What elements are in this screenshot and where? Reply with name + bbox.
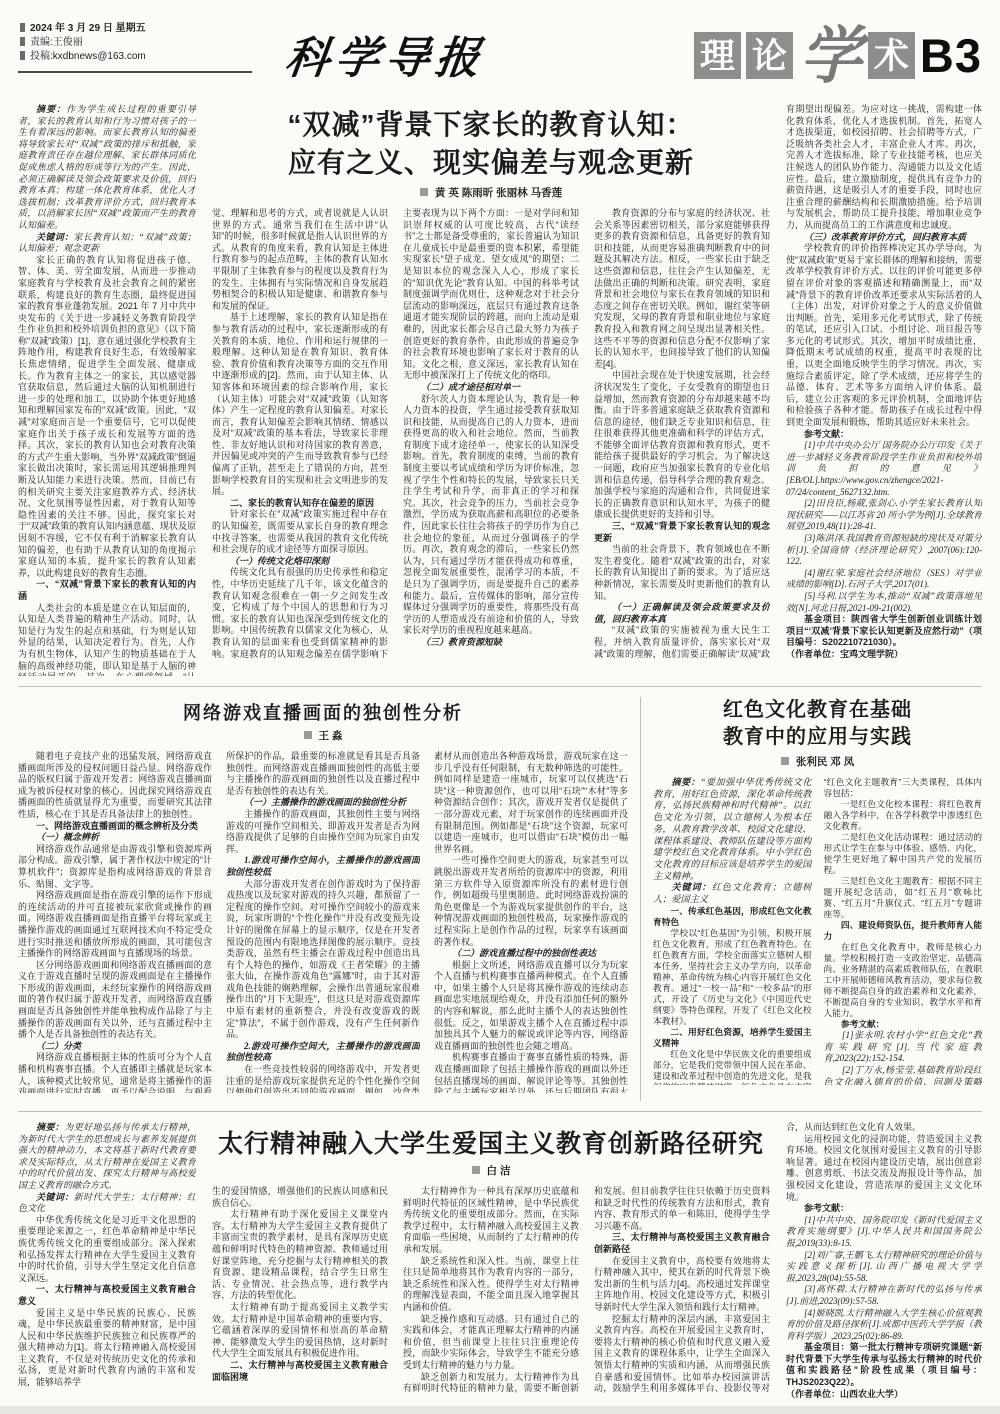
reference-item: [1]中共中央、国务院印发《新时代爱国主义教育实施纲要》[J].中华人民共和国国… [786,1215,982,1250]
reference-item: [3]陈洪泽.我国教育资源短缺的现状及对策分析[J].全国商情（经济理论研究）,… [786,533,982,568]
paragraph: 摘要：作为学生成长过程的重要引导者，家长的教育认知和行为习惯对孩子的一生有着深远… [18,104,196,232]
article2-column-1: 随着电子竞技产业的迅猛发展，网络游戏直播画面所涉及的侵权问题日益凸显。网络游戏作… [18,751,212,1093]
paragraph: 二是红色文化活动课程：通过活动的形式让学生在参与中体验、感悟、内化，使学生更好地… [824,832,983,876]
paragraph: 关键词：新时代大学生；太行精神；红色文化 [18,1192,196,1215]
article2-column-2: 所保护的作品，最重要的标准就是看其是否具备独创性。而网络游戏直播画面独创性的高低… [226,751,420,1093]
author-affiliation: （作者单位：宝鸡文理学院） [786,649,982,661]
article1-center-columns: 觉、理解和思考的方式，或者说就是人认识世界的方式。通常当我们在生活中讲“认知”的… [212,208,770,662]
paragraph: 四、建设师资队伍，提升教师育人能力 [824,920,983,942]
byline-square-icon [420,188,428,196]
article1-center-block: “双减”背景下家长的教育认知：应有之义、现实偏差与观念更新 黄 英 陈雨昕 张丽… [212,104,770,676]
paragraph: 三是红色文化主题教育：根据不同主题开展纪念活动，如“红五月”歌咏比赛、“红五月”… [824,876,983,920]
paragraph: 随着电子竞技产业的迅猛发展，网络游戏直播画面所涉及的侵权问题日益凸显。网络游戏作… [18,751,212,821]
paragraph: 基金项目：陕西省大学生创新创业训练计划项目“‘双减’背景下家长认知更新及应然行动… [786,614,982,649]
paragraph: 在一些竞技性较弱的网络游戏中，开发者更注重的是给游戏玩家提供充足的个性化操作空间… [226,1064,420,1093]
paragraph: （一）主播操作的游戏画面的独创性分析 [226,797,420,809]
reference-item: [4]谢红荣.家庭社会经济地位（SES）对学业成绩的影响[D].石河子大学,20… [786,568,982,591]
paragraph: 大部分游戏开发者在创作游戏时为了保持游戏热度以及玩家对游戏的持久兴趣，都预留了一… [226,879,420,1041]
reference-item: [2]丁万永,杨莹莹.基础教育阶段红色文化融入德育的价值、问题及策略[J].教书… [824,1065,983,1085]
submission-email: 投稿:kxdbnews@163.com [20,50,252,64]
paragraph: 二、太行精神与高校爱国主义教育融合面临困境 [212,1360,388,1383]
article3-title: 红色文化教育在基础教育中的应用与实践 [653,697,982,751]
byline-square-icon [304,731,312,739]
paragraph: “红色文化主题教育”三大类课程，具体内容包括： [824,777,983,799]
section-divider [18,686,982,687]
reference-item: [2]刘广睿,王鹏飞.太行精神研究的理论价值与实践意义探析[J].山西广播电视大… [786,1250,982,1285]
paragraph: 在爱国主义教育中，高校要有效地将太行精神融入其中，使其在新的时代背景下焕发出新的… [594,1256,770,1314]
byline-square-icon [781,757,789,765]
paragraph: 摘要：为更好地弘扬与传承太行精神，为新时代大学生的思想成长与素养发展提供强大的精… [18,1122,196,1192]
article-taihang-spirit: 摘要：为更好地弘扬与传承太行精神，为新时代大学生的思想成长与素养发展提供强大的精… [18,1122,982,1404]
article2-author: 王 淼 [319,730,343,742]
paragraph: 一、太行精神与高校爱国主义教育融合意义 [18,1284,196,1307]
paragraph: 1.游戏可操作空间小，主播操作的游戏画面独创性较低 [226,855,420,878]
paragraph: 主播操作的游戏画面，其独创性主要与网络游戏的可操作空间相关、即游戏开发者是否为网… [226,809,420,855]
paragraph: 一是红色文化校本课程：将红色教育融入各学科中，在各学科教学中渗透红色文化教育。 [824,799,983,832]
newspaper-logo: 科学导报 [282,22,490,86]
paragraph: 太行精神有助于深化爱国主义课堂内容。太行精神为大学生爱国主义教育提供了丰富而宝贵… [212,1209,388,1302]
paragraph: 一、传承红色基因，形成红色文化教育特色 [653,906,812,928]
section-char-calligraphy: 学 [800,32,862,79]
paragraph: 中国社会现在处于快速发展期，社会经济状况发生了变化，子女受教育的期望也日益增加，… [594,370,770,521]
article-red-culture: 红色文化教育在基础教育中的应用与实践 张利民 邓 凤 摘要：“要加强中华优秀传统… [641,697,982,1101]
masthead-info: 2024 年 3 月 29 日 星期五 责编:王俊丽 投稿:kxdbnews@1… [18,14,252,73]
article3-columns: 摘要：“要加强中华优秀传统文化教育，用好红色资源，深化革命传统教育，弘扬民族精神… [653,777,982,1085]
paragraph: 摘要：“要加强中华优秀传统文化教育，用好红色资源，深化革命传统教育，弘扬民族精神… [653,777,812,882]
reference-item: [3]高怀碧.太行精神在新时代的弘扬与传承[J].前进,2023(09):57-… [786,1284,982,1307]
paragraph: 太行精神作为一种具有深厚历史底蕴和鲜明时代特征的区域性精神，是中华民族优秀传统文… [403,1186,579,1256]
page-number: B3 [920,28,982,83]
paragraph: 二、用好红色资源，培养学生爱国主义精神 [653,1027,812,1049]
article4-right-column: 合，从而达到红色文化育人效果。运用校园文化的浸润功能，营造爱国主义教育环境。校园… [786,1122,982,1404]
paragraph: 人类社会的本质是建立在认知层面的，认知是人类普遍的精神生产活动。同时，认知是行为… [18,603,196,676]
article4-center-columns: 生的爱国情感，增强他们的民族认同感和民族自信心。太行精神有助于深化爱国主义课堂内… [212,1186,770,1398]
paragraph: 家长正确的教育认知将促进孩子德、智、体、美、劳全面发展，从而进一步推动家庭教育与… [18,255,196,580]
paragraph: 参考文献： [786,1203,982,1215]
author-affiliation: （作者单位：山西农业大学） [786,1389,982,1401]
paragraph: 网络游戏直播根据主体的性质可分为个人直播和机构赛事直播。个人直播即主播就是玩家本… [18,1052,212,1093]
paragraph: 基金项目：第一批太行精神专项研究课题“新时代背景下大学生传承与弘扬太行精神的时代… [786,1342,982,1388]
paragraph: （二）成才途径相对单一 [403,382,579,394]
issue-date: 2024 年 3 月 29 日 星期五 [20,22,252,36]
paragraph: 针对家长在“双减”政策实施过程中存在的认知偏差，既需要从家长自身的教育理念中找寻… [212,509,388,555]
paragraph: 教育资源的分布与家庭的经济状况、社会关系等因素密切相关，部分家庭能够获得更多的教… [594,208,770,370]
paragraph: （二）游戏直播过程中的独创性表达 [434,948,628,960]
page-bottom-edge [0,1406,1000,1414]
newspaper-page: 2024 年 3 月 29 日 星期五 责编:王俊丽 投稿:kxdbnews@1… [0,0,1000,1414]
article4-left-column: 摘要：为更好地弘扬与传承太行精神，为新时代大学生的思想成长与素养发展提供强大的精… [18,1122,196,1404]
article3-byline: 张利民 邓 凤 [653,754,982,769]
reference-item: [5]马利.以学生为本,推动“双减”政策落地见效[N].河北日报,2021-09… [786,591,982,614]
paragraph: 红色文化是中华民族文化的重要组成部分，它是我们党带领中国人民在革命、建设和改革过… [653,1049,812,1085]
paragraph: 参考文献： [824,1019,983,1030]
paragraph: 网络游戏画面是指在游戏引擎的运作下形成的连续活动的并可直接被玩家欣赏或操作的画面… [18,890,212,960]
article-parent-education: 摘要：作为学生成长过程的重要引导者，家长的教育认知和行为习惯对孩子的一生有着深远… [18,104,982,676]
article3-authors: 张利民 邓 凤 [796,756,854,768]
article1-authors: 黄 英 陈雨昕 张丽林 马香莲 [435,187,562,199]
paragraph: 根据上文所述，网络游戏直播可以分为玩家个人直播与机构赛事直播两种模式。在个人直播… [434,960,628,1053]
paragraph: 学校教育的评价指挥棒决定其办学导向，为使“双减政策”更易于家长群体的理解和接纳，… [786,243,982,429]
article-game-stream: 网络游戏直播画面的独创性分析 王 淼 随着电子竞技产业的迅猛发展，网络游戏直播画… [18,697,640,1101]
article2-column-3: 素材从而创造出各种游戏场景，游戏玩家在这一步几乎没有任何限制，有无数种筛选的可能… [434,751,628,1093]
paragraph: 所保护的作品，最重要的标准就是看其是否具备独创性。而网络游戏直播画面独创性的高低… [226,751,420,797]
article1-title: “双减”背景下家长的教育认知：应有之义、现实偏差与观念更新 [212,106,770,182]
paragraph: 三、“双减”背景下家长教育认知的观念更新 [594,521,770,544]
article1-right-column: 育期望出现偏差。为应对这一挑战，需构建一体化教育体系，优化人才选拔机制。首先，拓… [786,104,982,676]
article1-byline: 黄 英 陈雨昕 张丽林 马香莲 [212,185,770,200]
paragraph: 参考文献： [786,429,982,441]
paragraph: （三）教育资源短缺 [403,637,579,649]
article3-column-1: 摘要：“要加强中华优秀传统文化教育，用好红色资源，深化革命传统教育，弘扬民族精神… [653,777,812,1085]
paragraph: 一、网络游戏直播画面的概念辨析及分类 [18,821,212,833]
paragraph: 当前的社会背景下，教育领域也在不断发生着变化。随着“双减”政策的出台，对家长的教… [594,544,770,602]
paragraph: 缺乏系统性和深入性。当前，课堂上往往只是简单地将其作为教育内容的一部分，缺乏系统… [403,1256,579,1314]
section-char-box: 术 [868,32,915,79]
paragraph: 爱国主义是中华民族的民族心、民族魂，是中华民族最重要的精神财富，是中国人民和中华… [18,1308,196,1389]
paragraph: 基于上述理解，家长的教育认知是指在参与教育活动的过程中，家长逐渐形成的有关教育的… [212,312,388,498]
paragraph: 中华优秀传统文化是习近平文化思想的重要理论来源之一，红色革命精神是中华民族优秀传… [18,1215,196,1285]
reference-item: [2]田良臣,杨葳,张剑心.小学生家长教育认知现状研究——以江苏省 20 所小学… [786,498,982,533]
paragraph: （一）概念辨析 [18,832,212,844]
paragraph: 素材从而创造出各种游戏场景，游戏玩家在这一步几乎没有任何限制，有无数种筛选的可能… [434,751,628,855]
section-char-box: 理 [694,32,741,79]
middle-band: 网络游戏直播画面的独创性分析 王 淼 随着电子竞技产业的迅猛发展，网络游戏直播画… [18,697,982,1101]
paragraph: 合，从而达到红色文化育人效果。 [786,1122,982,1134]
article2-byline: 王 淼 [18,728,628,743]
page-header: 2024 年 3 月 29 日 星期五 责编:王俊丽 投稿:kxdbnews@1… [18,14,982,98]
bullet-square-icon [20,23,25,32]
article4-author: 白 洁 [487,1165,511,1177]
paragraph: 二、家长的教育认知存在偏差的原因 [212,498,388,510]
paragraph: 舒尔茨人力资本理论认为，教育是一种人力资本的投资，学生通过接受教育获取知识和技能… [403,394,579,637]
paragraph: 在红色文化教育中，教师是核心力量。学校积极打造一支政治坚定、品德高尚、业务精湛的… [824,942,983,1019]
article2-title: 网络游戏直播画面的独创性分析 [18,699,628,725]
section-divider [18,1111,982,1112]
section-banner: 理 论 学 术 B3 [689,28,982,83]
paragraph: 学校以“红色基因”为引领，积极开展红色文化教育，形成了红色教育特色。在红色教育方… [653,928,812,1027]
editor-credit: 责编:王俊丽 [20,36,252,50]
reference-item: [1]张永明.农村小学“红色文化”教育实践研究[J].当代家庭教育,2023(2… [824,1030,983,1065]
paragraph: 网络游戏作品通常是由游戏引擎和资源库两部分构成。游戏引擎，属于著作权法中规定的“… [18,844,212,890]
paragraph: （一）正确解读及领会政策要求及价值，回归教育本真 [594,602,770,625]
section-char-box: 论 [746,32,793,79]
bullet-square-icon [20,51,25,60]
paragraph: 关键词：家长教育认知；“双减”政策；认知偏差；观念更新 [18,232,196,255]
reference-item: [4]姬晓凯.太行精神融入大学生核心价值观教育的价值及路径探析[J].成都中医药… [786,1308,982,1343]
paragraph: 2.游戏可操作空间大，主播操作的游戏画面独创性较高 [226,1041,420,1064]
paragraph: 关键词：红色文化教育；立德树人；爱国主义 [653,882,812,905]
paragraph: 一些可操作空间更大的游戏，玩家甚至可以跳脱出游戏开发者所给的资源库中的资源，利用… [434,855,628,948]
paragraph: 育期望出现偏差。为应对这一挑战，需构建一体化教育体系，优化人才选拔机制。首先，拓… [786,104,982,232]
paragraph: 运用校园文化的浸润功能，营造爱国主义教育环境。校园文化氛围对爱国主义教育的引导影… [786,1134,982,1204]
paragraph: 一、“双减”背景下家长的教育认知的内涵 [18,579,196,602]
bullet-square-icon [20,37,25,46]
paragraph: （一）传统文化烙印深刻 [212,556,388,568]
article4-center-block: 太行精神融入大学生爱国主义教育创新路径研究 白 洁 生的爱国情感，增强他们的民族… [212,1122,770,1404]
article4-title: 太行精神融入大学生爱国主义教育创新路径研究 [212,1124,770,1160]
paragraph: （三）改革教育评价方式，回归教育本质 [786,232,982,244]
paragraph: 太行精神有助于提高爱国主义教学实效。太行精神是中国革命精神的重要内容、它蕴涵着深… [212,1302,388,1360]
paragraph: 缺乏操作感和互动感。只有通过自己的实践和体会，才能真正理解太行精神的内涵和价值，… [403,1314,579,1372]
article1-left-column: 摘要：作为学生成长过程的重要引导者，家长的教育认知和行为习惯对孩子的一生有着深远… [18,104,196,676]
paragraph: 机构赛事直播由于赛事直播性质的特殊，游戏直播画面除了包括主播操作游戏的画面以外还… [434,1052,628,1093]
paragraph: （二）分类 [18,1041,212,1053]
paragraph: 觉、理解和思考的方式，或者说就是人认识世界的方式。通常当我们在生活中讲“认知”的… [212,208,388,312]
article3-column-2: “红色文化主题教育”三大类课程，具体内容包括：一是红色文化校本课程：将红色教育融… [824,777,983,1085]
article2-columns: 随着电子竞技产业的迅猛发展，网络游戏直播画面所涉及的侵权问题日益凸显。网络游戏作… [18,751,628,1093]
reference-item: [1]中共中央办公厅 国务院办公厅印发《关于进一步减轻义务教育阶段学生作业负担和… [786,440,982,498]
paragraph: 三、太行精神与高校爱国主义教育融合创新路径 [594,1232,770,1255]
article4-byline: 白 洁 [212,1163,770,1178]
byline-square-icon [472,1166,480,1174]
paragraph: 区分网络游戏画面和网络游戏直播画面的意义在于游戏直播时呈现的游戏画面是在主播操作… [18,960,212,1041]
paragraph: 生的爱国情感，增强他们的民族认同感和民族自信心。 [212,1186,388,1209]
